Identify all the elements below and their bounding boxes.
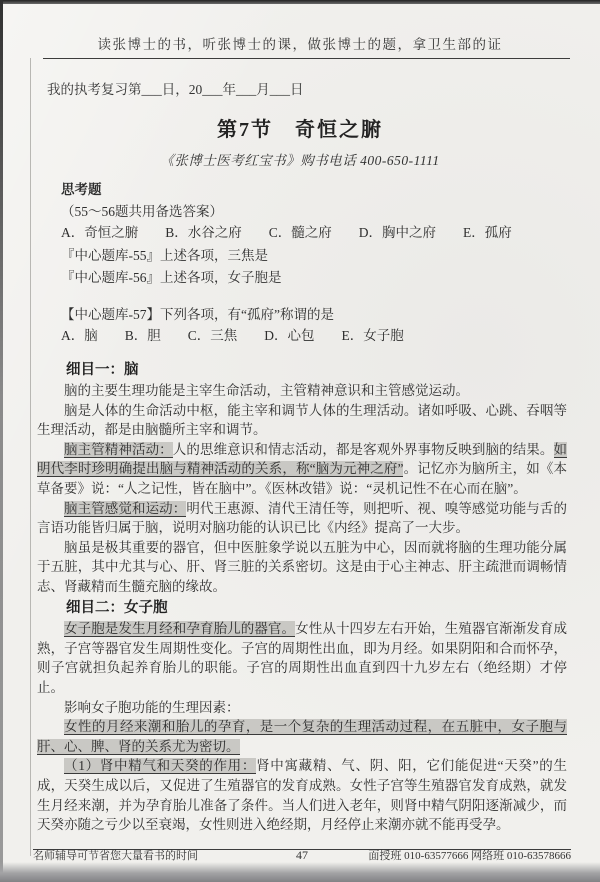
highlighted-text: 脑主管感觉和运动：: [64, 501, 186, 517]
page-spine-line: [30, 58, 31, 856]
paragraph: 脑主管感觉和运动：明代王惠源、清代王清任等，则把听、视、嗅等感觉功能与舌的言语功…: [37, 499, 567, 538]
page-number: 47: [272, 848, 332, 863]
option-item: E．女子胞: [342, 326, 404, 346]
option-item: B．胆: [125, 326, 161, 346]
highlighted-text: （1）肾中精气和天癸的作用：: [64, 758, 256, 774]
paragraph: 女子胞是发生月经和孕育胎儿的器官。女性从十四岁左右开始，生殖器官渐渐发育成熟，子…: [37, 619, 567, 697]
option-item: B．水谷之府: [165, 223, 242, 243]
text-run: 脑是人体的生命活动中枢，能主宰和调节人体的生理活动。诸如呼吸、心跳、吞咽等生理活…: [37, 403, 567, 438]
text-run: 影响女子胞功能的生理因素：: [64, 700, 240, 715]
question-56: 『中心题库-56』上述各项，女子胞是: [61, 268, 566, 288]
option-item: D．胸中之府: [359, 223, 436, 243]
quiz-block: 思考题 （55～56题共用备选答案） A．奇恒之腑B．水谷之府C．髓之府D．胸中…: [61, 180, 566, 346]
answer-options-row-b: A．脑B．胆C．三焦D．心包E．女子胞: [61, 326, 566, 346]
subsection-heading-uterus: 细目二：女子胞: [37, 599, 567, 619]
page-footer: 名师辅导可节省您大量看书的时间 47 面授班 010-63577666 网络班 …: [33, 847, 571, 863]
text-run: 人的思维意识和情志活动，都是客观外界事物反映到脑的结果。: [173, 442, 554, 457]
header-slogan: 读张博士的书，听张博士的课，做张博士的题，拿卫生部的证: [0, 0, 600, 53]
footer-contact-phones: 面授班 010-63577666 网络班 010-63578666: [332, 847, 571, 863]
option-item: A．脑: [61, 326, 98, 346]
subsection-heading-brain: 细目一：脑: [37, 361, 567, 381]
paragraph: 脑是人体的生命活动中枢，能主宰和调节人体的生理活动。诸如呼吸、心跳、吞咽等生理活…: [37, 401, 567, 440]
option-item: C．三焦: [188, 326, 238, 346]
question-55: 『中心题库-55』上述各项，三焦是: [61, 246, 566, 266]
highlighted-text: 女性的月经来潮和胎儿的孕育，是一个复杂的生理活动过程，在五脏中，女子胞与肝、心、…: [37, 719, 567, 755]
text-run: 脑虽是极其重要的器官，但中医脏象学说以五脏为中心，因而就将脑的生理功能分属于五脏…: [37, 540, 567, 594]
body-text: 细目一：脑 脑的主要生理功能是主宰生命活动，主管精神意识和主管感觉运动。 脑是人…: [37, 361, 567, 835]
option-item: D．心包: [264, 326, 314, 346]
option-item: A．奇恒之腑: [61, 223, 138, 243]
header-rule: [43, 58, 570, 59]
quiz-note: （55～56题共用备选答案）: [61, 202, 566, 222]
book-hotline: 《张博士医考红宝书》购书电话 400-650-1111: [0, 149, 600, 169]
highlighted-text: 脑主管精神活动：: [64, 442, 173, 458]
option-item: C．髓之府: [269, 223, 332, 243]
section-title: 第7节 奇恒之腑: [0, 113, 600, 142]
answer-options-row-a: A．奇恒之腑B．水谷之府C．髓之府D．胸中之府E．孤府: [61, 223, 566, 243]
question-57: 【中心题库-57】下列各项，有“孤府”称谓的是: [61, 305, 566, 325]
scan-bottom-shadow: [0, 862, 600, 882]
footer-left-slogan: 名师辅导可节省您大量看书的时间: [33, 847, 272, 863]
scanned-book-page: 读张博士的书，听张博士的课，做张博士的题，拿卫生部的证 我的执考复习第___日，…: [0, 0, 600, 882]
paragraph: 女性的月经来潮和胎儿的孕育，是一个复杂的生理活动过程，在五脏中，女子胞与肝、心、…: [37, 717, 567, 756]
text-run: 脑的主要生理功能是主宰生命活动，主管精神意识和主管感觉运动。: [64, 383, 469, 398]
quiz-heading: 思考题: [61, 180, 566, 200]
highlighted-text: 女子胞是发生月经和孕育胎儿的器官。: [64, 621, 295, 637]
review-progress-line: 我的执考复习第___日，20___年___月___日: [47, 78, 564, 98]
scan-left-edge: [0, 0, 3, 882]
paragraph: 影响女子胞功能的生理因素：: [37, 698, 567, 718]
paragraph: 脑的主要生理功能是主宰生命活动，主管精神意识和主管感觉运动。: [37, 381, 567, 401]
paragraph: 脑主管精神活动：人的思维意识和情志活动，都是客观外界事物反映到脑的结果。如明代李…: [37, 440, 567, 499]
paragraph: 脑虽是极其重要的器官，但中医脏象学说以五脏为中心，因而就将脑的生理功能分属于五脏…: [37, 538, 567, 597]
option-item: E．孤府: [463, 223, 512, 243]
scan-top-edge: [0, 0, 600, 4]
paragraph: （1）肾中精气和天癸的作用：肾中寓藏精、气、阴、阳，它们能促进“天癸”的生成，天…: [37, 756, 567, 834]
